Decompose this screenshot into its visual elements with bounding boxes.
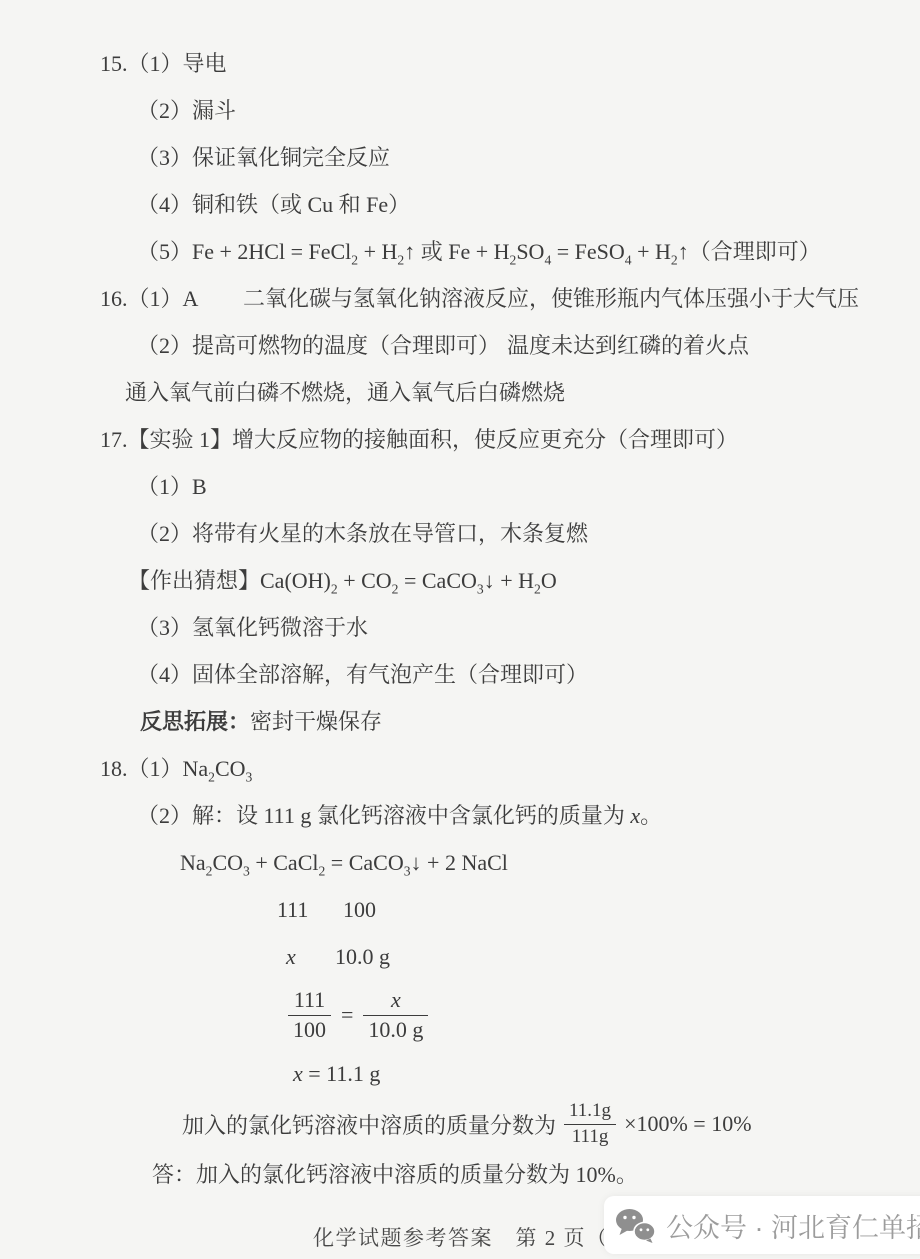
answer-16-2-part-a: （2）提高可燃物的温度（合理即可） — [137, 322, 500, 369]
answer-line-15-2: （2）漏斗 — [0, 87, 920, 134]
fraction-right: x 10.0 g — [363, 987, 428, 1043]
answer-line-17-2: （2）将带有火星的木条放在导管口，木条复燃 — [0, 510, 920, 557]
proportion-row-molar-masses: 111 100 — [0, 886, 920, 933]
answer-line-15-3: （3）保证氧化铜完全反应 — [0, 134, 920, 181]
answer-line-17-1: （1）B — [0, 463, 920, 510]
final-answer-line: 答：加入的氯化钙溶液中溶质的质量分数为 10%。 — [0, 1151, 920, 1198]
answer-16-1-explanation: 二氧化碳与氢氧化钠溶液反应，使锥形瓶内气体压强小于大气压 — [243, 275, 859, 322]
answer-line-15-4: （4）铜和铁（或 Cu 和 Fe） — [0, 181, 920, 228]
document-page: 15.（1）导电 （2）漏斗 （3）保证氧化铜完全反应 （4）铜和铁（或 Cu … — [0, 0, 920, 1259]
fraction-left: 111 100 — [288, 987, 331, 1043]
fraction-left-numerator: 111 — [288, 987, 331, 1015]
answer-16-1-choice: 16.（1）A — [100, 275, 198, 322]
mass-fraction-line: 加入的氯化钙溶液中溶质的质量分数为 11.1g 111g ×100% = 10% — [0, 1097, 920, 1151]
fraction-right-numerator: x — [363, 987, 428, 1015]
answer-line-15-5-equation: （5）Fe + 2HCl = FeCl2 + H2↑ 或 Fe + H2SO4 … — [0, 228, 920, 275]
molar-mass-caco3: 100 — [343, 886, 376, 933]
answer-line-17-4: （4）固体全部溶解，有气泡产生（合理即可） — [0, 651, 920, 698]
fraction-left-denominator: 100 — [288, 1016, 331, 1043]
molar-mass-cacl2: 111 — [277, 886, 308, 933]
known-mass: 10.0 g — [335, 933, 390, 980]
reflection-label: 反思拓展： — [140, 709, 250, 734]
answer-line-17-experiment1: 17.【实验 1】增大反应物的接触面积，使反应更充分（合理即可） — [0, 416, 920, 463]
answer-line-18-1: 18.（1）Na2CO3 — [0, 745, 920, 792]
answer-line-17-hypothesis-equation: 【作出猜想】Ca(OH)2 + CO2 = CaCO3↓ + H2O — [0, 557, 920, 604]
unknown-x: x — [286, 933, 296, 980]
mass-fraction-denominator: 111g — [564, 1125, 616, 1149]
answer-line-17-3: （3）氢氧化钙微溶于水 — [0, 604, 920, 651]
wechat-icon — [614, 1207, 656, 1243]
answer-line-16-1: 16.（1）A 二氧化碳与氢氧化钠溶液反应，使锥形瓶内气体压强小于大气压 — [0, 275, 920, 322]
mass-fraction-fraction: 11.1g 111g — [564, 1100, 616, 1149]
answer-line-15-1: 15.（1）导电 — [0, 40, 920, 87]
fraction-equation-row: 111 100 = x 10.0 g — [0, 980, 920, 1050]
reflection-text: 密封干燥保存 — [250, 709, 382, 734]
fraction-right-denominator: 10.0 g — [363, 1016, 428, 1043]
wechat-watermark-badge: 公众号 · 河北育仁单招； — [604, 1196, 920, 1254]
answer-line-17-reflection: 反思拓展：密封干燥保存 — [0, 698, 920, 745]
answer-line-18-chemical-equation: Na2CO3 + CaCl2 = CaCO3↓ + 2 NaCl — [0, 839, 920, 886]
equals-sign: = — [341, 1002, 353, 1028]
x-result-line: x = 11.1 g — [0, 1050, 920, 1097]
proportion-row-quantities: x 10.0 g — [0, 933, 920, 980]
answer-16-2-part-b: 温度未达到红磷的着火点 — [507, 322, 749, 369]
watermark-label: 公众号 · 河北育仁单招； — [666, 1206, 920, 1245]
mass-fraction-suffix: ×100% = 10% — [624, 1111, 751, 1137]
answer-line-16-2-continued: 通入氧气前白磷不燃烧，通入氧气后白磷燃烧 — [0, 369, 920, 416]
answer-line-18-2-setup: （2）解：设 111 g 氯化钙溶液中含氯化钙的质量为 x。 — [0, 792, 920, 839]
mass-fraction-numerator: 11.1g — [564, 1100, 616, 1125]
mass-fraction-prefix: 加入的氯化钙溶液中溶质的质量分数为 — [182, 1109, 556, 1140]
answer-sheet-body: 15.（1）导电 （2）漏斗 （3）保证氧化铜完全反应 （4）铜和铁（或 Cu … — [0, 0, 920, 1198]
answer-line-16-2: （2）提高可燃物的温度（合理即可） 温度未达到红磷的着火点 — [0, 322, 920, 369]
